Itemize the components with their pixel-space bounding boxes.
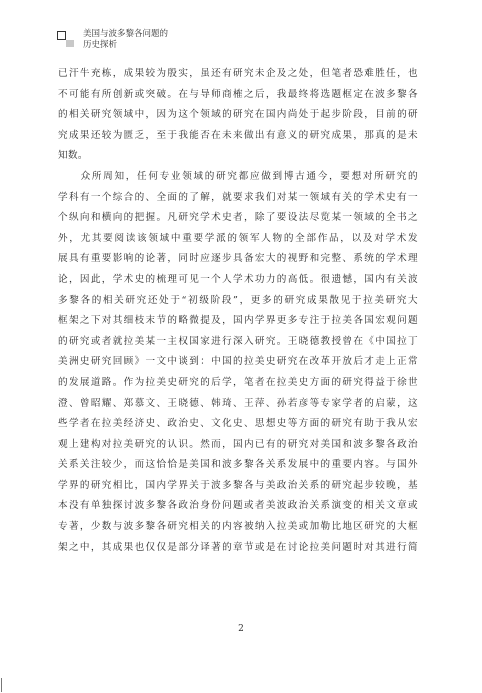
body-text: 已汗牛充栋，成果较为殷实，虽还有研究未企及之处，但笔者恐难胜任，也 不可能有所创… — [58, 64, 418, 558]
text-line: 已汗牛充栋，成果较为殷实，虽还有研究未企及之处，但笔者恐难胜任，也 — [58, 64, 418, 85]
text-line: 论，因此，学术史的梳理可见一个人学术功力的高低。很遗憾，国内有关波 — [58, 270, 418, 291]
text-line: 专著，少数与波多黎各研究相关的内容被纳入拉美或加勒比地区研究的大框 — [58, 517, 418, 538]
text-line: 学界的研究相比，国内学界关于波多黎各与美政治关系的研究起步较晚，基 — [58, 476, 418, 497]
header-title-line-1: 美国与波多黎各问题的 — [83, 29, 168, 40]
text-line: 展具有重要影响的论著，同时应逐步具备宏大的视野和完整、系统的学术理 — [58, 249, 418, 270]
text-line: 观上建构对拉美研究的认识。然而，国内已有的研究对美国和波多黎各政治 — [58, 435, 418, 456]
text-line: 个纵向和横向的把握。凡研究学术史者，除了要设法尽览某一领域的全书之 — [58, 208, 418, 229]
text-line: 框架之下对其细枝末节的略微提及，国内学界更多专注于拉美各国宏观问题 — [58, 311, 418, 332]
text-line: 澄、曾昭耀、郑慕文、王晓德、韩琦、王萍、孙若彦等专家学者的启蒙，这 — [58, 394, 418, 415]
text-line: 的发展道路。作为拉美史研究的后学，笔者在拉美史方面的研究得益于徐世 — [58, 373, 418, 394]
text-line: 的相关研究领域中，因为这个领域的研究在国内尚处于起步阶段，目前的研 — [58, 105, 418, 126]
margin-rule-mark — [1, 678, 2, 692]
text-line: 不可能有所创新或突破。在与导师商榷之后，我最终将选题框定在波多黎各 — [58, 85, 418, 106]
text-line: 究成果还较为匮乏，至于我能否在未来做出有意义的研究成果，那真的是未 — [58, 126, 418, 147]
running-header: 美国与波多黎各问题的 历史探析 — [57, 29, 257, 55]
text-line: 知数。 — [58, 146, 418, 167]
header-title: 美国与波多黎各问题的 历史探析 — [83, 29, 168, 51]
text-line: 外，尤其要阅读该领域中重要学派的领军人物的全部作品，以及对学术发 — [58, 229, 418, 250]
text-line: 多黎各的相关研究还处于“初级阶段”，更多的研究成果散见于拉美研究大 — [58, 291, 418, 312]
text-line: 本没有单独探讨波多黎各政治身份问题或者美波政治关系演变的相关文章或 — [58, 496, 418, 517]
page-number: 2 — [0, 624, 482, 634]
header-square-filled-icon — [66, 40, 74, 47]
text-line: 些学者在拉美经济史、政治史、文化史、思想史等方面的研究有助于我从宏 — [58, 414, 418, 435]
text-line: 架之中，其成果也仅仅是部分译著的章节或是在讨论拉美问题时对其进行简 — [58, 538, 418, 559]
header-title-line-2: 历史探析 — [83, 40, 168, 51]
text-line: 美洲史研究回顾》一文中谈到：中国的拉美史研究在改革开放后才走上正常 — [58, 352, 418, 373]
text-line: 的研究或者就拉美某一主权国家进行深入研究。王晓德教授曾在《中国拉丁 — [58, 332, 418, 353]
text-line: 学科有一个综合的、全面的了解，就要求我们对某一领域有关的学术史有一 — [58, 188, 418, 209]
text-line: 众所周知，任何专业领域的研究都应做到博古通今，要想对所研究的 — [58, 167, 418, 188]
text-line: 关系关注较少，而这恰恰是美国和波多黎各关系发展中的重要内容。与国外 — [58, 455, 418, 476]
header-square-outline-icon — [57, 31, 66, 40]
